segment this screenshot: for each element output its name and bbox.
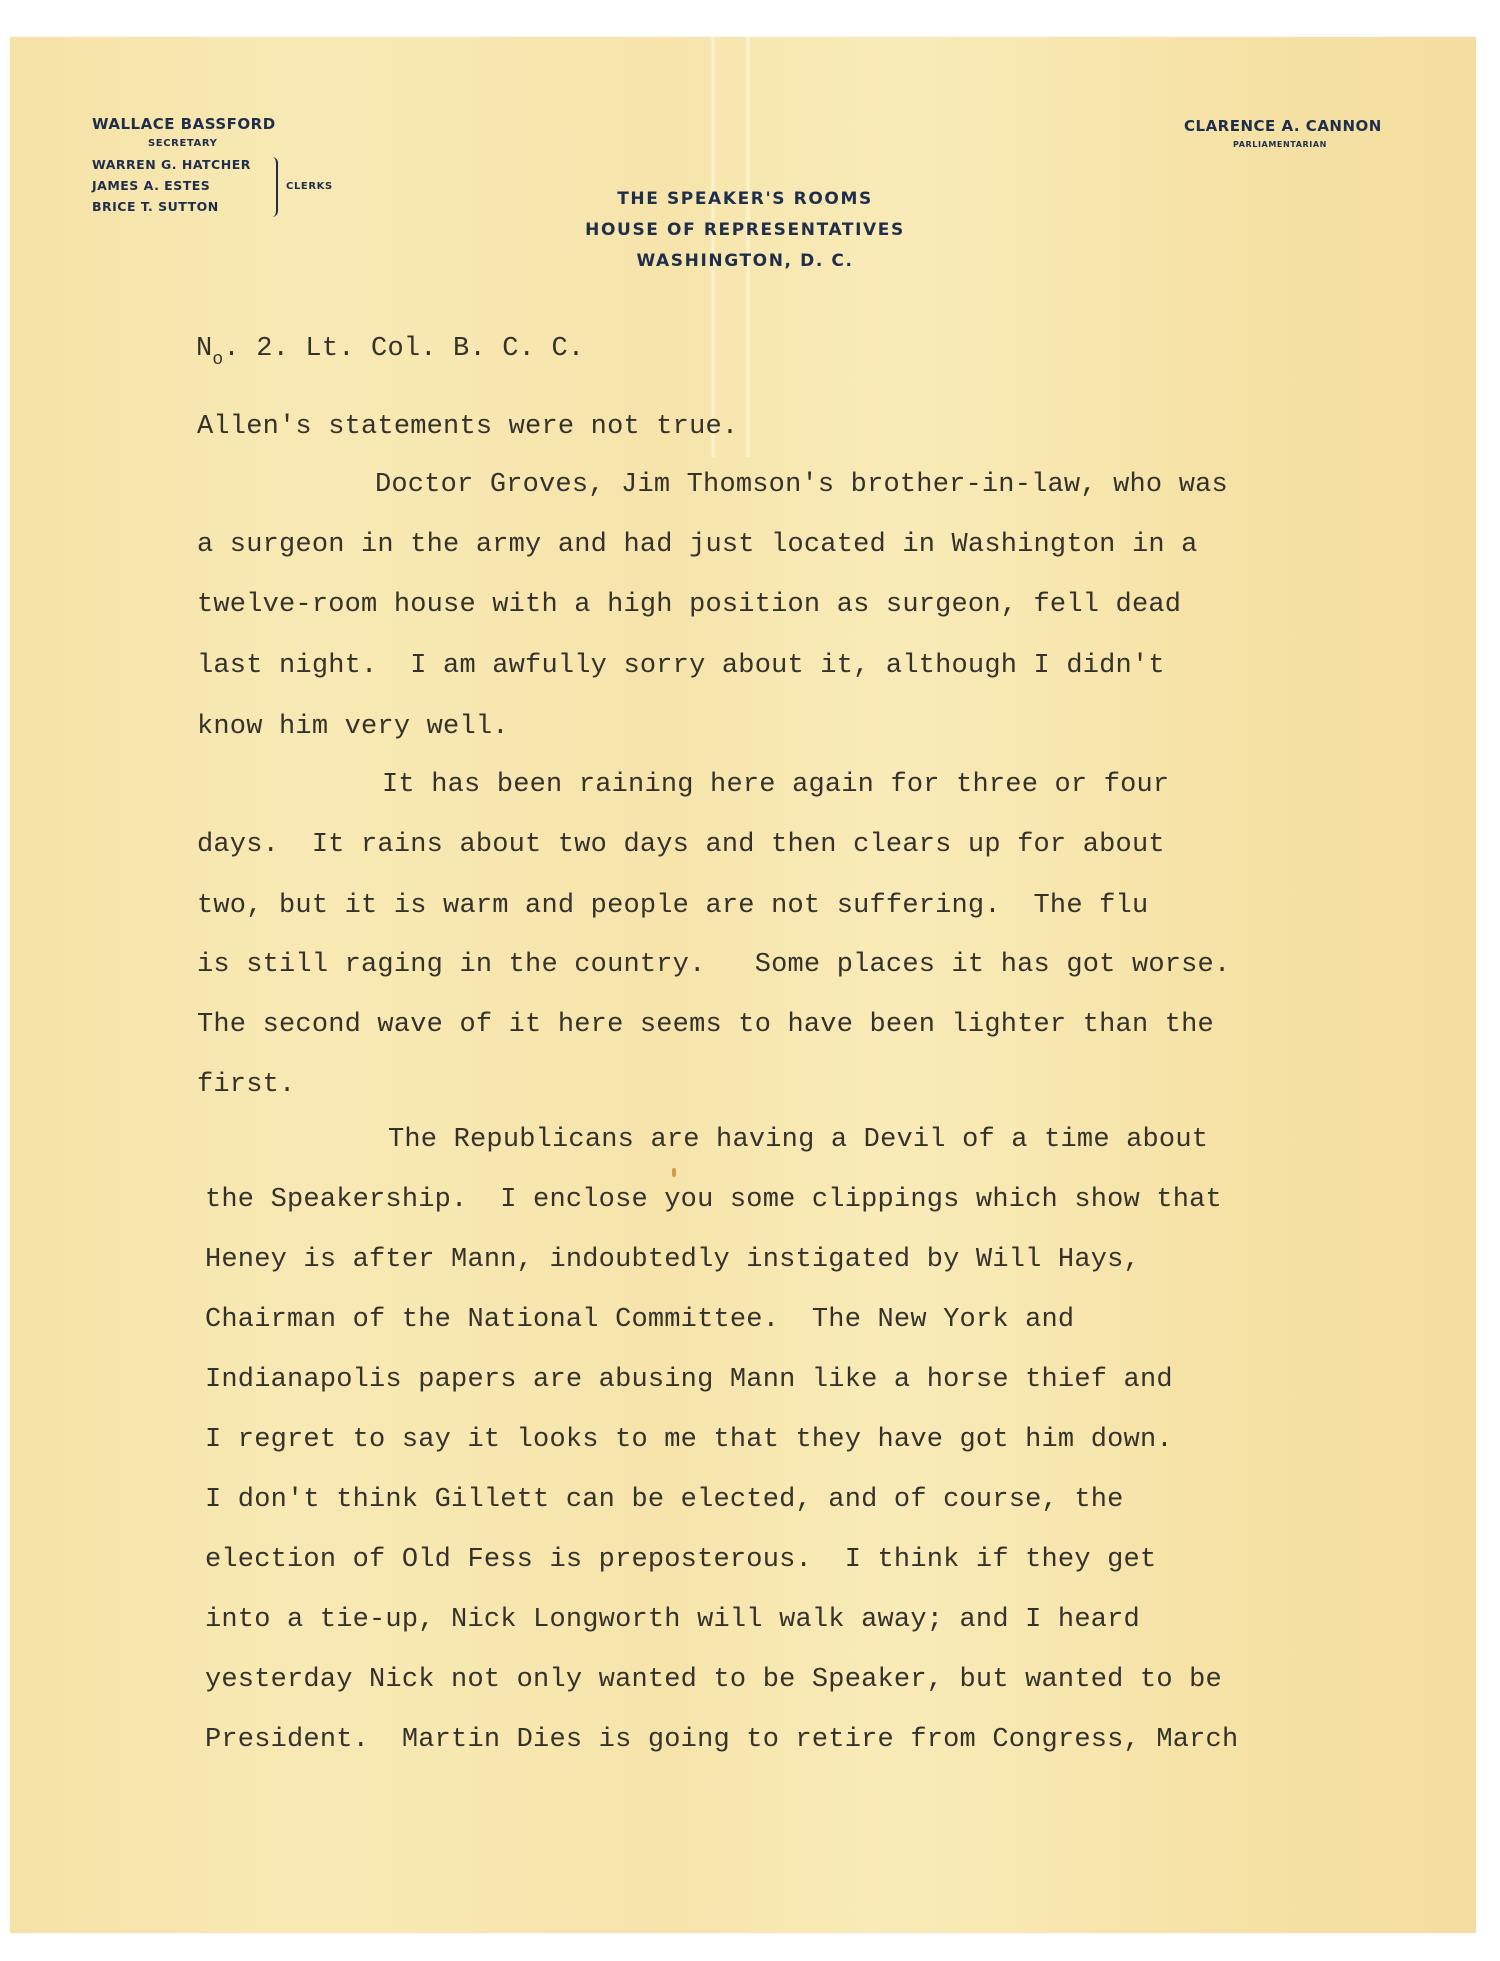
body-line: last night. I am awfully sorry about it,… [197, 651, 1165, 681]
body-line: into a tie-up, Nick Longworth will walk … [205, 1605, 1140, 1635]
letterhead-line-1: THE SPEAKER'S ROOMS [495, 189, 995, 209]
heading-rest: . 2. Lt. Col. B. C. C. [223, 334, 584, 364]
letter-page [10, 37, 1476, 1933]
secretary-title: SECRETARY [148, 138, 217, 149]
body-line: Chairman of the National Committee. The … [205, 1305, 1074, 1335]
body-line: Allen's statements were not true. [197, 412, 738, 442]
body-line: The Republicans are having a Devil of a … [388, 1125, 1208, 1155]
parliamentarian-name: CLARENCE A. CANNON [1184, 117, 1382, 135]
body-line: days. It rains about two days and then c… [197, 830, 1165, 860]
letterhead-line-2: HOUSE OF REPRESENTATIVES [495, 220, 995, 240]
body-line: The second wave of it here seems to have… [197, 1010, 1214, 1040]
heading-prefix: N [196, 334, 212, 364]
brace-icon [268, 157, 278, 217]
body-line: twelve-room house with a high position a… [197, 590, 1181, 620]
body-line: election of Old Fess is preposterous. I … [205, 1545, 1156, 1575]
page-heading: No. 2. Lt. Col. B. C. C. [196, 334, 584, 364]
body-line: I don't think Gillett can be elected, an… [205, 1485, 1124, 1515]
body-line: Heney is after Mann, indoubtedly instiga… [205, 1245, 1140, 1275]
body-line: President. Martin Dies is going to retir… [205, 1725, 1238, 1755]
clerk-name: WARREN G. HATCHER [92, 157, 251, 172]
heading-subscript: o [212, 350, 223, 370]
body-line: the Speakership. I enclose you some clip… [205, 1185, 1222, 1215]
body-line: yesterday Nick not only wanted to be Spe… [205, 1665, 1222, 1695]
body-line: Indianapolis papers are abusing Mann lik… [205, 1365, 1173, 1395]
body-line: a surgeon in the army and had just locat… [197, 530, 1198, 560]
body-line: I regret to say it looks to me that they… [205, 1425, 1173, 1455]
body-line: It has been raining here again for three… [382, 770, 1169, 800]
ink-stain [672, 1168, 676, 1177]
secretary-name: WALLACE BASSFORD [92, 115, 276, 133]
body-line: Doctor Groves, Jim Thomson's brother-in-… [375, 470, 1228, 500]
body-line: two, but it is warm and people are not s… [197, 891, 1148, 921]
clerk-name: JAMES A. ESTES [92, 178, 210, 193]
body-line: know him very well. [197, 712, 509, 742]
clerk-name: BRICE T. SUTTON [92, 199, 219, 214]
body-line: is still raging in the country. Some pla… [197, 950, 1230, 980]
parliamentarian-title: PARLIAMENTARIAN [1233, 140, 1327, 149]
paper-fold [710, 37, 716, 457]
body-line: first. [197, 1070, 295, 1100]
letterhead-line-3: WASHINGTON, D. C. [495, 251, 995, 271]
clerks-label: CLERKS [286, 181, 333, 192]
paper-fold [745, 37, 751, 457]
